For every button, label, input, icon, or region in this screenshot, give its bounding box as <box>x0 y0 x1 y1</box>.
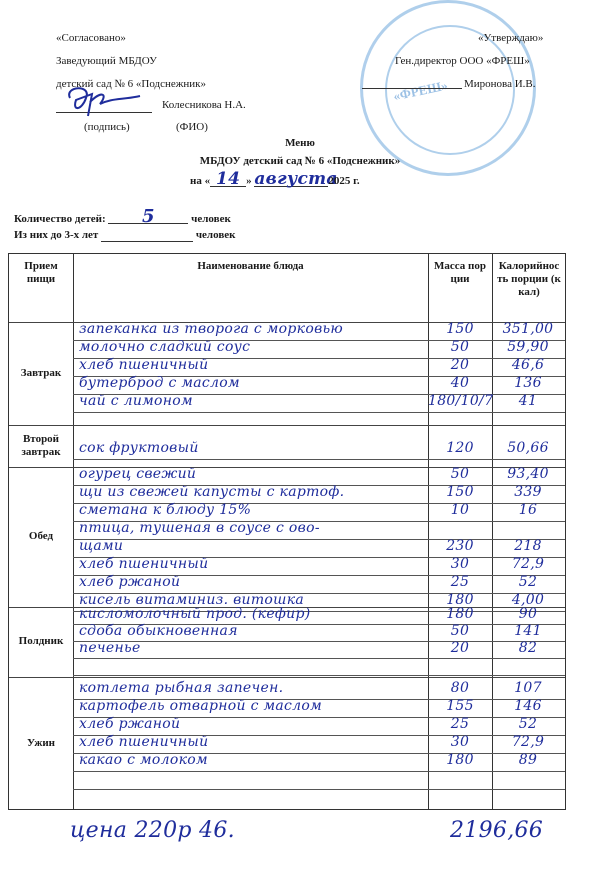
dish-mass: 20 <box>428 640 492 656</box>
dish-name: картофель отварной с маслом <box>79 698 322 714</box>
dish-mass: 180/10/7 <box>428 393 492 409</box>
dish-name: сдоба обыкновенная <box>79 623 238 639</box>
dish-mass: 230 <box>428 538 492 554</box>
dish-name: птица, тушеная в соусе с ово- <box>79 520 320 536</box>
name-caption: (ФИО) <box>176 121 208 134</box>
menu-item-row: сок фруктовый12050,66 <box>73 441 565 459</box>
menu-item-row: огурец свежий5093,40 <box>73 467 565 485</box>
dish-name: котлета рыбная запечен. <box>79 680 283 696</box>
dish-kcal: 90 <box>492 606 564 622</box>
menu-item-row <box>73 658 565 675</box>
menu-item-row: печенье2082 <box>73 641 565 658</box>
header-meal: Прием пищи <box>9 260 73 286</box>
dish-name: сметана к блюду 15% <box>79 502 251 518</box>
dish-kcal: 107 <box>492 680 564 696</box>
dish-kcal: 72,9 <box>492 556 564 572</box>
approval-left-name: Колесникова Н.А. <box>162 99 246 112</box>
menu-item-row <box>73 771 565 789</box>
dish-mass: 180 <box>428 606 492 622</box>
approval-left-heading: «Согласовано» <box>56 32 126 45</box>
dish-kcal: 82 <box>492 640 564 656</box>
menu-item-row: птица, тушеная в соусе с ово- <box>73 521 565 539</box>
dish-kcal: 46,6 <box>492 357 564 373</box>
menu-item-row: молочно сладкий соус5059,90 <box>73 340 565 358</box>
dish-kcal: 351,00 <box>492 321 564 337</box>
signature-scribble <box>62 80 142 120</box>
menu-item-row: какао с молоком18089 <box>73 753 565 771</box>
meal-label: Второй завтрак <box>9 433 73 459</box>
approval-left-position: Заведующий МБДОУ <box>56 55 157 68</box>
dish-name: какао с молоком <box>79 752 208 768</box>
dish-name: щи из свежей капусты с картоф. <box>79 484 344 500</box>
dish-kcal: 218 <box>492 538 564 554</box>
dish-mass: 25 <box>428 574 492 590</box>
dish-name: молочно сладкий соус <box>79 339 250 355</box>
approval-right-name: Миронова И.В. <box>464 78 536 91</box>
dish-mass: 20 <box>428 357 492 373</box>
dish-mass: 120 <box>428 440 492 456</box>
menu-item-row: сдоба обыкновенная50141 <box>73 624 565 641</box>
dish-name: печенье <box>79 640 141 656</box>
menu-item-row: сметана к блюду 15%1016 <box>73 503 565 521</box>
menu-table: Прием пищи Наименование блюда Масса порц… <box>8 253 566 810</box>
dish-name: хлеб пшеничный <box>79 734 208 750</box>
dish-mass: 50 <box>428 623 492 639</box>
dish-mass: 10 <box>428 502 492 518</box>
menu-item-row: бутерброд с маслом40136 <box>73 376 565 394</box>
price-note: цена 220р 46. <box>70 818 235 843</box>
meal-label: Обед <box>9 530 73 543</box>
dish-kcal: 41 <box>492 393 564 409</box>
meal-label: Ужин <box>9 737 73 750</box>
dish-kcal: 93,40 <box>492 466 564 482</box>
menu-item-row: чай с лимоном180/10/741 <box>73 394 565 412</box>
menu-item-row: щами230218 <box>73 539 565 557</box>
approval-right-position: Ген.директор ООО «ФРЕШ» <box>395 55 530 68</box>
dish-mass: 40 <box>428 375 492 391</box>
dish-name: запеканка из творога с морковью <box>79 321 343 337</box>
date-month: августа <box>254 173 328 187</box>
dish-mass: 25 <box>428 716 492 732</box>
header-kcal: Калорийность порции (ккал) <box>492 260 566 299</box>
dish-mass: 155 <box>428 698 492 714</box>
menu-date: на «14» августа2025 г. <box>190 173 360 188</box>
dish-kcal: 16 <box>492 502 564 518</box>
dish-name: хлеб пшеничный <box>79 556 208 572</box>
menu-item-row: картофель отварной с маслом155146 <box>73 699 565 717</box>
dish-name: щами <box>79 538 123 554</box>
menu-item-row: хлеб пшеничный3072,9 <box>73 735 565 753</box>
header-mass: Масса порции <box>428 260 492 286</box>
dish-mass: 50 <box>428 466 492 482</box>
dish-name: кисломолочный прод. (кефир) <box>79 606 311 622</box>
menu-subtitle: МБДОУ детский сад № 6 «Подснежник» <box>0 155 600 168</box>
dish-name: огурец свежий <box>79 466 196 482</box>
dish-name: бутерброд с маслом <box>79 375 240 391</box>
dish-kcal: 146 <box>492 698 564 714</box>
dish-mass: 30 <box>428 556 492 572</box>
dish-kcal: 339 <box>492 484 564 500</box>
dish-kcal: 141 <box>492 623 564 639</box>
dish-name: чай с лимоном <box>79 393 193 409</box>
approval-right-heading: «Утверждаю» <box>478 32 543 45</box>
meal-label: Завтрак <box>9 367 73 380</box>
dish-kcal: 50,66 <box>492 440 564 456</box>
meal-label: Полдник <box>9 635 73 648</box>
dish-kcal: 59,90 <box>492 339 564 355</box>
children-count-value: 5 <box>108 210 188 224</box>
dish-name: сок фруктовый <box>79 440 199 456</box>
signature-line-right <box>362 88 462 89</box>
dish-mass: 150 <box>428 321 492 337</box>
dish-kcal: 52 <box>492 716 564 732</box>
dish-mass: 50 <box>428 339 492 355</box>
under3-count-value <box>101 230 193 242</box>
dish-mass: 180 <box>428 752 492 768</box>
menu-title: Меню <box>0 137 600 150</box>
menu-item-row: хлеб пшеничный2046,6 <box>73 358 565 376</box>
total-kcal: 2196,66 <box>450 818 543 843</box>
header-dish: Наименование блюда <box>73 260 428 273</box>
date-day: 14 <box>210 173 246 187</box>
menu-item-row: хлеб ржаной2552 <box>73 717 565 735</box>
children-count-row: Количество детей: 5 человек <box>14 210 231 226</box>
dish-mass: 80 <box>428 680 492 696</box>
menu-item-row: хлеб пшеничный3072,9 <box>73 557 565 575</box>
signature-caption: (подпись) <box>84 121 130 134</box>
dish-mass: 30 <box>428 734 492 750</box>
under3-count-row: Из них до 3-х лет человек <box>14 229 236 242</box>
dish-kcal: 72,9 <box>492 734 564 750</box>
dish-name: хлеб ржаной <box>79 574 180 590</box>
dish-mass: 150 <box>428 484 492 500</box>
menu-item-row: хлеб ржаной2552 <box>73 575 565 593</box>
menu-item-row: запеканка из творога с морковью150351,00 <box>73 322 565 340</box>
menu-item-row: щи из свежей капусты с картоф.150339 <box>73 485 565 503</box>
dish-name: хлеб пшеничный <box>79 357 208 373</box>
dish-name: хлеб ржаной <box>79 716 180 732</box>
menu-item-row: котлета рыбная запечен.80107 <box>73 681 565 699</box>
dish-kcal: 136 <box>492 375 564 391</box>
dish-kcal: 52 <box>492 574 564 590</box>
dish-kcal: 89 <box>492 752 564 768</box>
menu-item-row: кисломолочный прод. (кефир)18090 <box>73 607 565 624</box>
